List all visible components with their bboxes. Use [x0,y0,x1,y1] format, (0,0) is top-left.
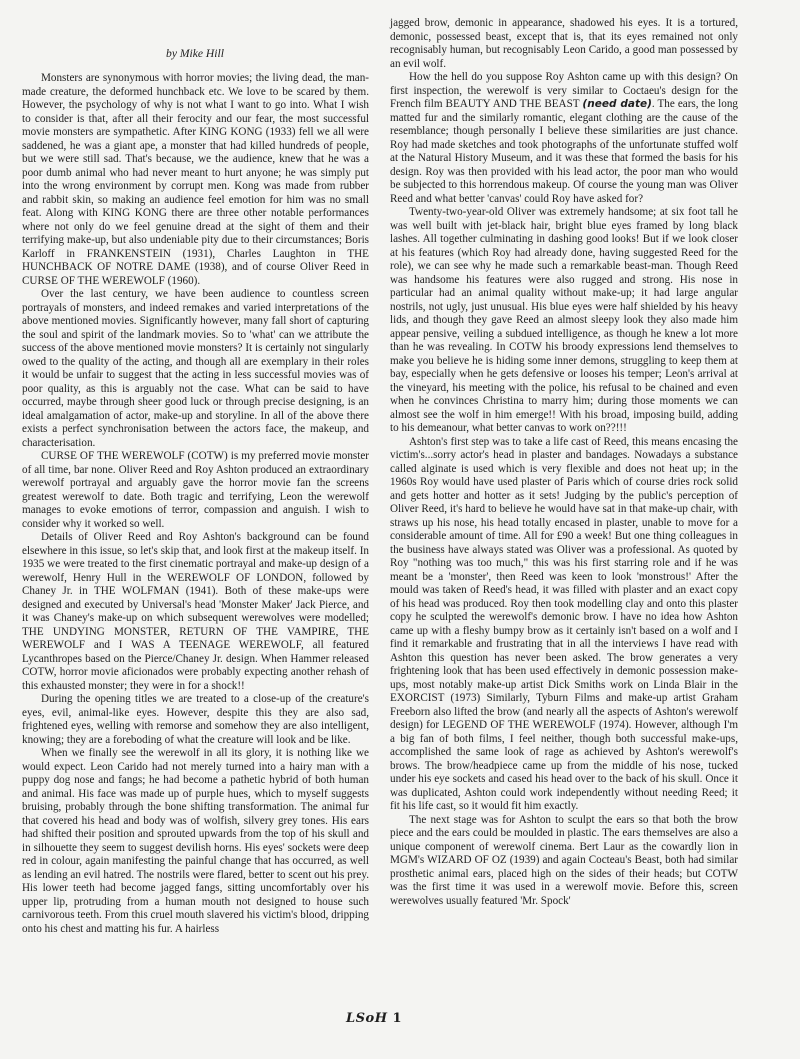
paragraph: When we finally see the werewolf in all … [22,747,369,936]
paragraph: Monsters are synonymous with horror movi… [22,72,369,288]
paragraph: How the hell do you suppose Roy Ashton c… [390,71,738,206]
paragraph: During the opening titles we are treated… [22,693,369,747]
paragraph: Twenty-two-year-old Oliver was extremely… [390,206,738,436]
paragraph: CURSE OF THE WEREWOLF (COTW) is my prefe… [22,450,369,531]
right-column: jagged brow, demonic in appearance, shad… [390,17,738,908]
editor-note: (need date) [582,98,651,110]
paragraph: Ashton's first step was to take a life c… [390,436,738,814]
paragraph: The next stage was for Ashton to sculpt … [390,814,738,909]
paragraph-continuation: jagged brow, demonic in appearance, shad… [390,17,738,71]
paragraph: Over the last century, we have been audi… [22,288,369,450]
byline: by Mike Hill [22,47,368,60]
paragraph: Details of Oliver Reed and Roy Ashton's … [22,531,369,693]
page-footer: LSoH 1 [346,1011,402,1026]
text: . The ears, the long matted fur and the … [390,98,738,205]
magazine-page: by Mike Hill Monsters are synonymous wit… [0,0,800,1059]
page-number: 1 [393,1011,403,1026]
left-column: Monsters are synonymous with horror movi… [22,72,369,936]
magazine-logo: LSoH [346,1011,387,1026]
